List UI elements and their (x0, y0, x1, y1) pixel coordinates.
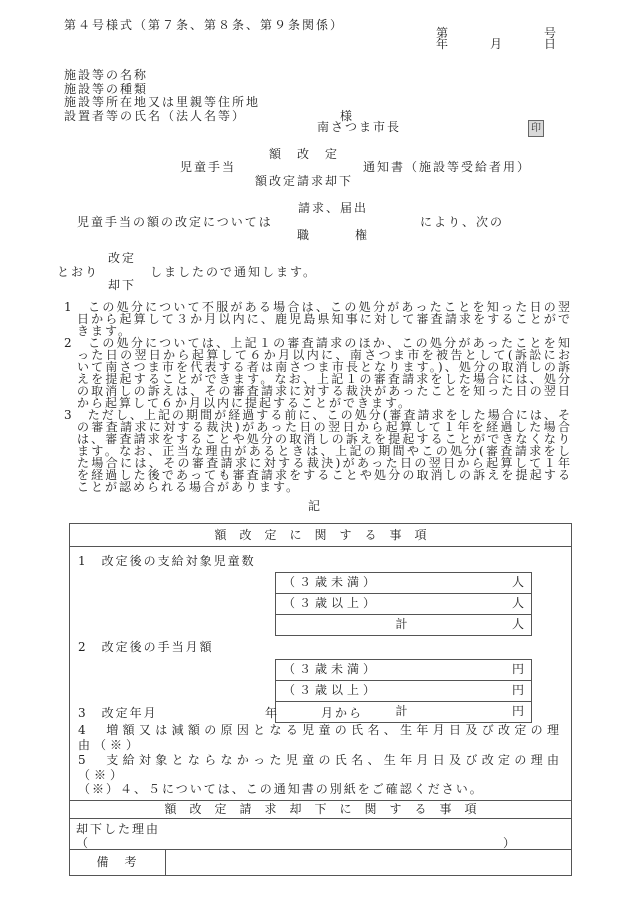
facility-address-label: 施設等所在地又は里親等住所地 (64, 96, 260, 109)
authority-char-left: 職 (297, 229, 311, 242)
amount-row-unit: 円 (512, 681, 524, 700)
document-page: 第４号様式（第７条、第８条、第９条関係） 第 号 年 月 日 施設等の名称 施設… (0, 0, 630, 903)
rejection-reason-cell: 却下した理由 （ ） (70, 819, 571, 849)
title-option-bottom: 額改定請求却下 (245, 175, 363, 188)
count-row-label: （３歳以上） (276, 596, 379, 610)
authority-char-right: 権 (355, 229, 369, 242)
revision-item-5: 5 支給対象とならなかった児童の氏名、生年月日及び改定の理由（※） (78, 753, 563, 783)
date-day-label: 日 (544, 38, 558, 51)
count-row-unit: 人 (512, 615, 524, 634)
title-left: 児童手当 (180, 161, 236, 174)
count-row-unit: 人 (512, 594, 524, 613)
paren-close: ） (503, 836, 517, 850)
seal-icon: 印 (528, 120, 544, 137)
asterisk-note: （※）４、５については、この通知書の別紙をご確認ください。 (78, 783, 563, 796)
count-row-over3: （３歳以上） 人 (276, 593, 531, 614)
revision-table-body: 1 改定後の支給対象児童数 （３歳未満） 人 （３歳以上） 人 計 人 2 改定… (70, 547, 571, 800)
revision-month-label: 3 改定年月 (78, 706, 158, 720)
body-option-reject: 却下 (108, 279, 136, 292)
rejection-reason-label: 却下した理由 (76, 822, 565, 836)
paren-open: （ (76, 836, 90, 850)
facility-name-label: 施設等の名称 (64, 69, 148, 82)
body-line-1-right: により、次の (420, 216, 504, 229)
count-row-under3: （３歳未満） 人 (276, 573, 531, 593)
revision-item-2: 2 改定後の手当月額 (78, 641, 563, 654)
ki-heading: 記 (0, 500, 630, 513)
body-line-2-left: とおり (57, 266, 99, 279)
remarks-label: 備 考 (70, 850, 166, 875)
title-right: 通知書（施設等受給者用） (363, 161, 531, 174)
revision-item-3: 3 改定年月 年 月から (78, 707, 579, 720)
legal-note-3: 3 ただし、上記の期間が経過する前に、この処分(審査請求をした場合には、その審査… (64, 409, 572, 493)
rejection-reason-blank: （ ） (76, 836, 565, 850)
amount-row-label: （３歳未満） (276, 662, 379, 676)
form-number: 第４号様式（第７条、第８条、第９条関係） (64, 19, 344, 32)
legal-notes: 1 この処分について不服がある場合は、この処分があったことを知った日の翌日から起… (64, 301, 572, 493)
body-line-2-right: しましたので通知します。 (150, 266, 317, 279)
title-option-top: 額 改 定 (245, 148, 363, 161)
legal-note-1: 1 この処分について不服がある場合は、この処分があったことを知った日の翌日から起… (64, 301, 572, 337)
year-label: 年 (265, 707, 279, 720)
mayor-name: 南さつま市長 (317, 121, 401, 134)
body-option-authority: 職 権 (297, 229, 369, 242)
date-year-label: 年 (436, 38, 450, 51)
founder-name-label: 設置者等の氏名（法人名等） (64, 110, 246, 123)
legal-note-2: 2 この処分については、上記１の審査請求のほか、この処分があったことを知った日の… (64, 337, 572, 409)
revision-table-header: 額改定に関する事項 (70, 524, 571, 547)
count-row-unit: 人 (512, 573, 524, 592)
date-month-label: 月 (490, 38, 504, 51)
child-count-table: （３歳未満） 人 （３歳以上） 人 計 人 (275, 572, 532, 636)
amount-row-over3: （３歳以上） 円 (276, 680, 531, 701)
body-line-1-left: 児童手当の額の改定については (77, 216, 273, 229)
count-row-total: 計 人 (276, 614, 531, 635)
body-option-revise: 改定 (108, 252, 136, 265)
rejection-table-header: 額改定請求却下に関する事項 (70, 800, 571, 819)
revision-item-4: 4 増額又は減額の原因となる児童の氏名、生年月日及び改定の理由（※） (78, 723, 563, 753)
count-row-label: （３歳未満） (276, 575, 379, 589)
count-row-label: 計 (276, 615, 531, 634)
issue-date-line: 年 月 日 (436, 38, 558, 51)
month-from-label: 月から (321, 707, 363, 720)
amount-row-under3: （３歳未満） 円 (276, 660, 531, 680)
revision-item-1: 1 改定後の支給対象児童数 (78, 555, 563, 568)
remarks-blank (166, 850, 571, 875)
remarks-row: 備 考 (70, 849, 571, 875)
revision-table: 額改定に関する事項 1 改定後の支給対象児童数 （３歳未満） 人 （３歳以上） … (69, 523, 572, 876)
amount-row-unit: 円 (512, 660, 524, 679)
amount-row-label: （３歳以上） (276, 683, 379, 697)
body-option-request: 請求、届出 (297, 202, 369, 215)
